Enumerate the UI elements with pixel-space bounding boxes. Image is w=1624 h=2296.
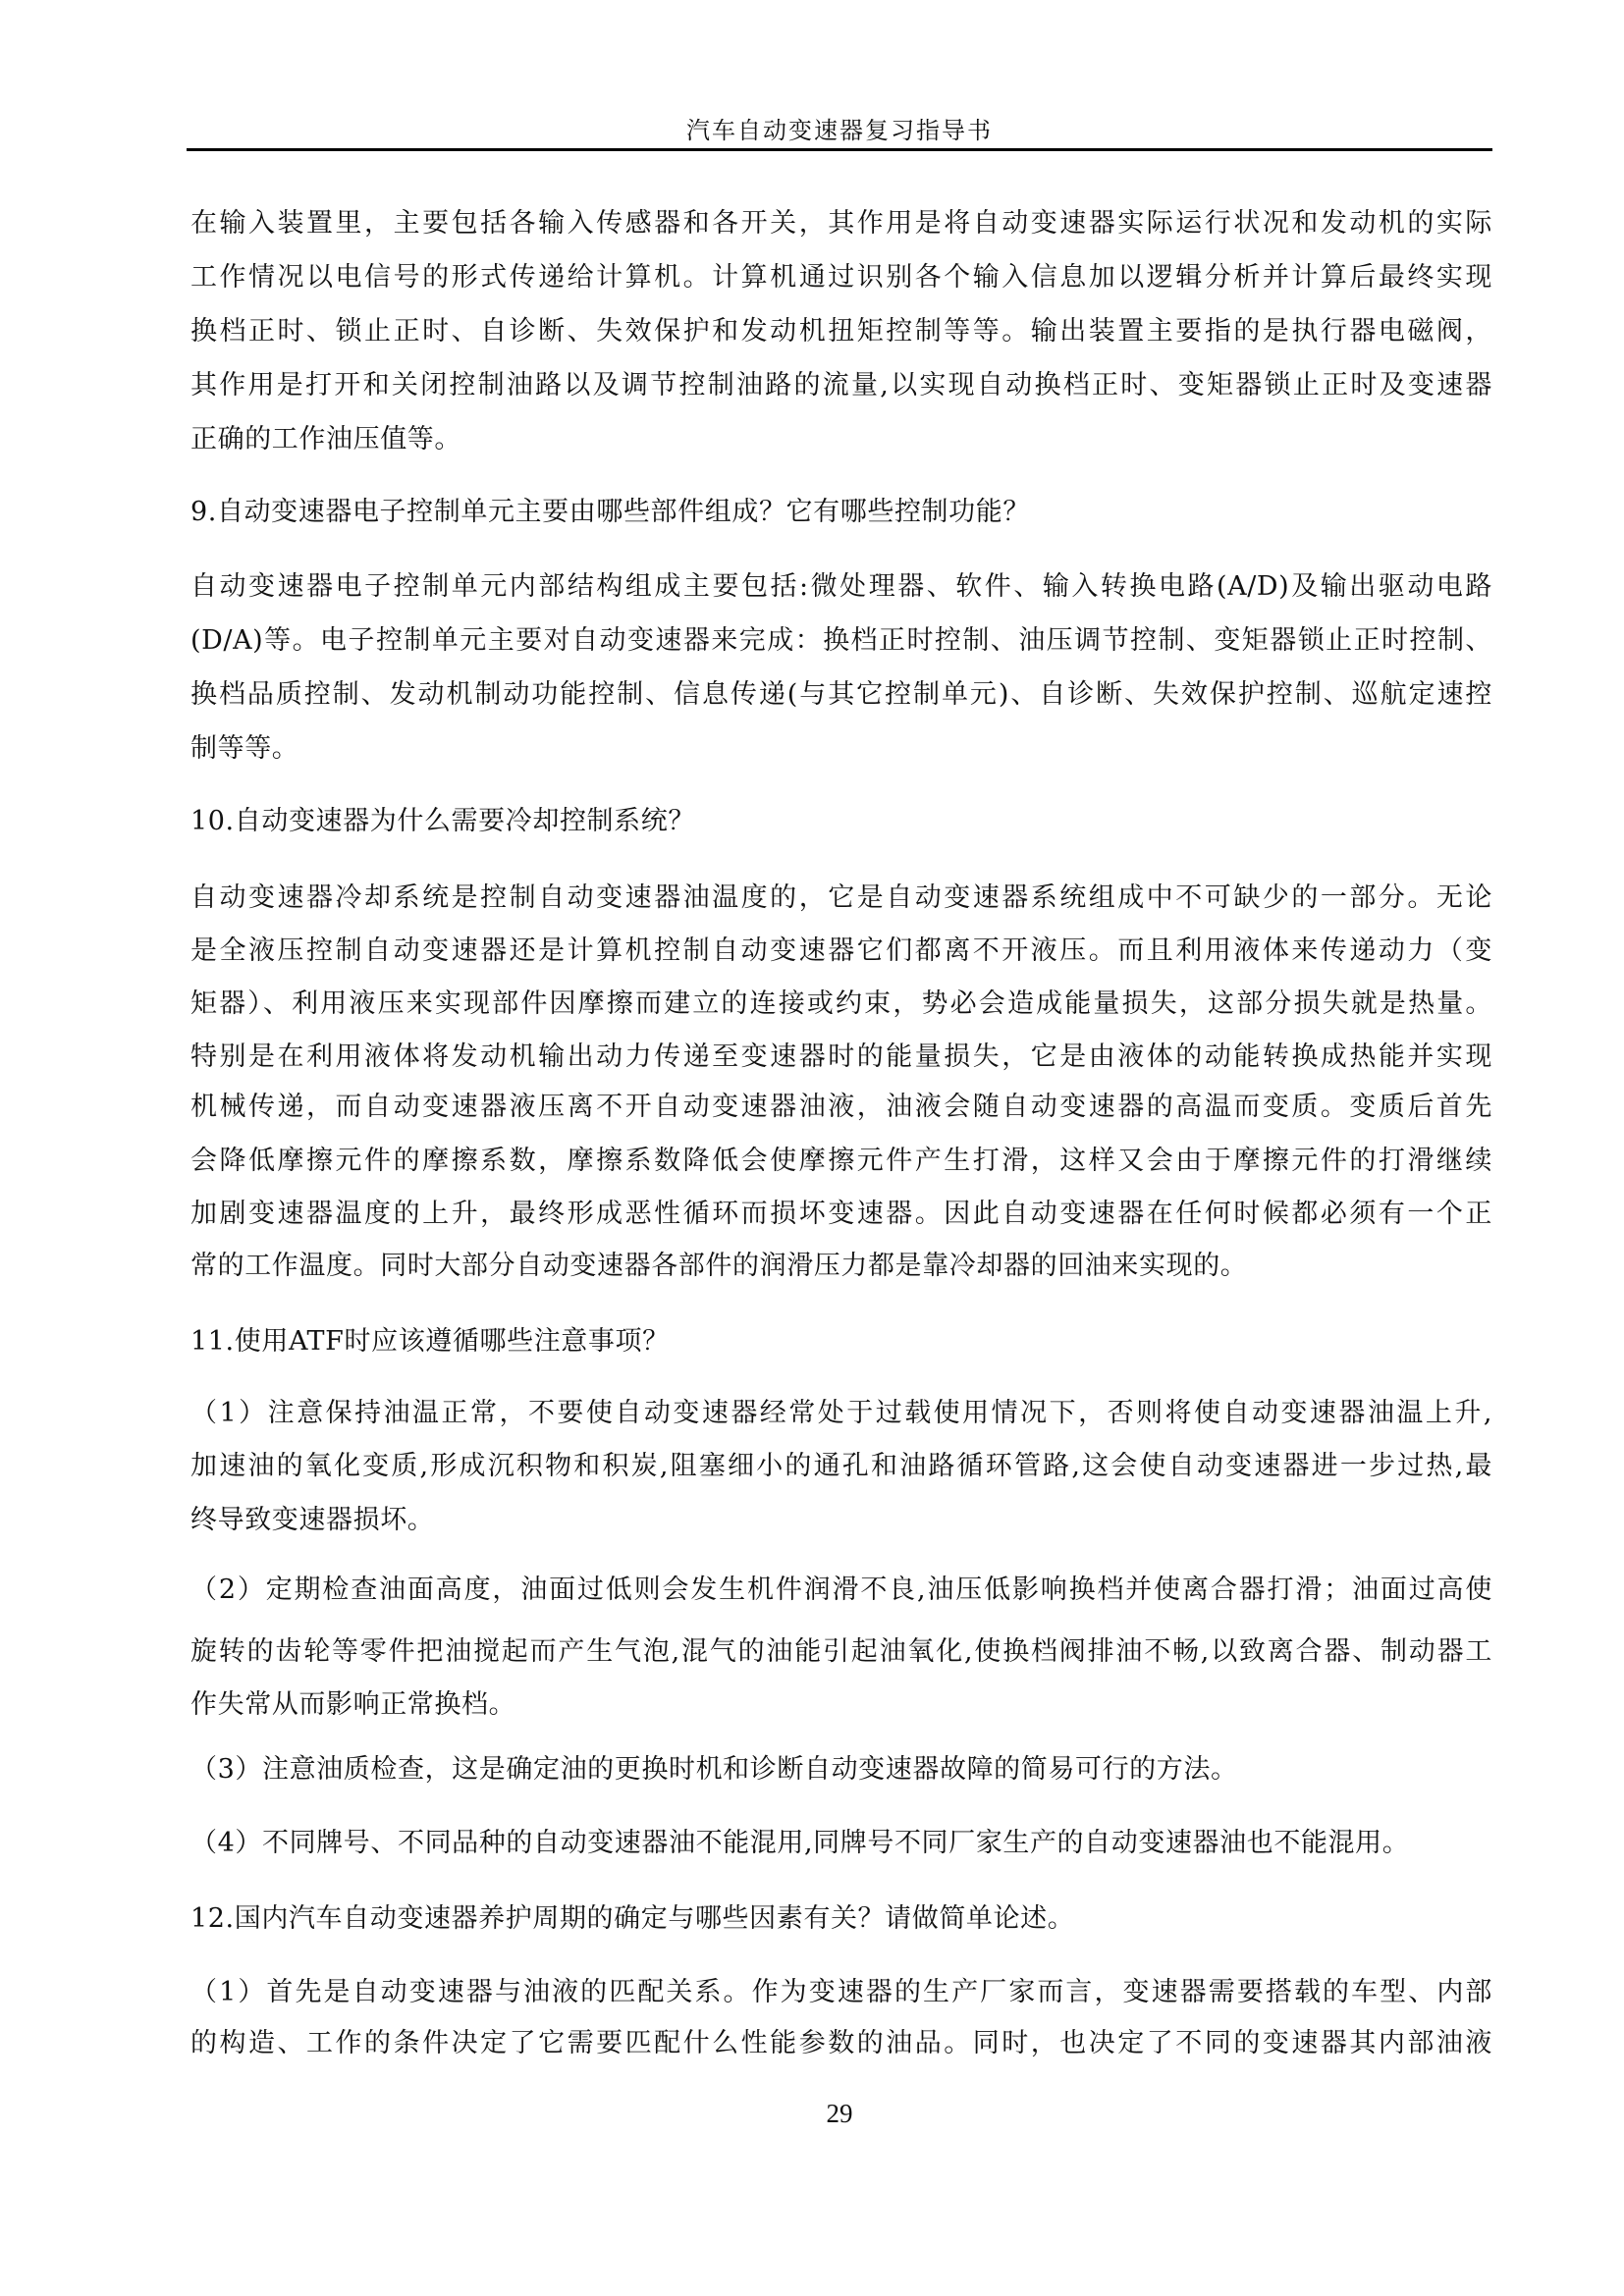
page-number: 29: [0, 2099, 1624, 2128]
text-line: 加速油的氧化变质,形成沉积物和积炭,阻塞细小的通孔和油路循环管路,这会使自动变速…: [190, 1450, 1492, 1483]
text-line: 的构造、工作的条件决定了它需要匹配什么性能参数的油品。同时，也决定了不同的变速器…: [190, 2027, 1492, 2060]
text-line: 制等等。: [190, 732, 1492, 766]
text-line: （2）定期检查油面高度，油面过低则会发生机件润滑不良,油压低影响换档并使离合器打…: [190, 1574, 1492, 1607]
text-line: 作失常从而影响正常换档。: [190, 1688, 1492, 1722]
document-page: 汽车自动变速器复习指导书 在输入装置里，主要包括各输入传感器和各开关，其作用是将…: [0, 0, 1624, 2296]
text-line: 旋转的齿轮等零件把油搅起而产生气泡,混气的油能引起油氧化,使换档阀排油不畅,以致…: [190, 1635, 1492, 1669]
text-line: 其作用是打开和关闭控制油路以及调节控制油路的流量,以实现自动换档正时、变矩器锁止…: [190, 369, 1492, 402]
text-line: （1）注意保持油温正常，不要使自动变速器经常处于过载使用情况下，否则将使自动变速…: [190, 1397, 1492, 1430]
text-line: 终导致变速器损坏。: [190, 1504, 1492, 1537]
question-11-heading: 11.使用ATF时应该遵循哪些注意事项？: [190, 1325, 1492, 1359]
question-12-heading: 12.国内汽车自动变速器养护周期的确定与哪些因素有关？请做简单论述。: [190, 1902, 1492, 1936]
text-line: 自动变速器电子控制单元内部结构组成主要包括:微处理器、软件、输入转换电路(A/D…: [190, 570, 1492, 604]
text-line: 在输入装置里，主要包括各输入传感器和各开关，其作用是将自动变速器实际运行状况和发…: [190, 207, 1492, 240]
text-line: 工作情况以电信号的形式传递给计算机。计算机通过识别各个输入信息加以逻辑分析并计算…: [190, 261, 1492, 294]
question-9-heading: 9.自动变速器电子控制单元主要由哪些部件组成？它有哪些控制功能？: [190, 496, 1492, 529]
text-line: 常的工作温度。同时大部分自动变速器各部件的润滑压力都是靠冷却器的回油来实现的。: [190, 1250, 1492, 1283]
text-line: 会降低摩擦元件的摩擦系数，摩擦系数降低会使摩擦元件产生打滑，这样又会由于摩擦元件…: [190, 1145, 1492, 1178]
text-line: 自动变速器冷却系统是控制自动变速器油温度的，它是自动变速器系统组成中不可缺少的一…: [190, 881, 1492, 915]
running-header-title: 汽车自动变速器复习指导书: [0, 116, 1624, 145]
question-10-heading: 10.自动变速器为什么需要冷却控制系统？: [190, 805, 1492, 838]
text-line: 是全液压控制自动变速器还是计算机控制自动变速器它们都离不开液压。而且利用液体来传…: [190, 934, 1492, 968]
text-line: 正确的工作油压值等。: [190, 423, 1492, 456]
text-line: （4）不同牌号、不同品种的自动变速器油不能混用,同牌号不同厂家生产的自动变速器油…: [190, 1827, 1492, 1860]
text-line: 换档品质控制、发动机制动功能控制、信息传递(与其它控制单元)、自诊断、失效保护控…: [190, 678, 1492, 712]
text-line: （1）首先是自动变速器与油液的匹配关系。作为变速器的生产厂家而言，变速器需要搭载…: [190, 1976, 1492, 2009]
text-line: 特别是在利用液体将发动机输出动力传递至变速器时的能量损失，它是由液体的动能转换成…: [190, 1041, 1492, 1074]
text-line: 加剧变速器温度的上升，最终形成恶性循环而损坏变速器。因此自动变速器在任何时候都必…: [190, 1198, 1492, 1231]
text-line: 换档正时、锁止正时、自诊断、失效保护和发动机扭矩控制等等。输出装置主要指的是执行…: [190, 315, 1492, 348]
text-line: (D/A)等。电子控制单元主要对自动变速器来完成：换档正时控制、油压调节控制、变…: [190, 624, 1492, 658]
text-line: 机械传递，而自动变速器液压离不开自动变速器油液，油液会随自动变速器的高温而变质。…: [190, 1091, 1492, 1124]
header-rule: [187, 148, 1492, 151]
text-line: 矩器）、利用液压来实现部件因摩擦而建立的连接或约束，势必会造成能量损失，这部分损…: [190, 988, 1492, 1021]
text-line: （3）注意油质检查，这是确定油的更换时机和诊断自动变速器故障的简易可行的方法。: [190, 1753, 1492, 1787]
